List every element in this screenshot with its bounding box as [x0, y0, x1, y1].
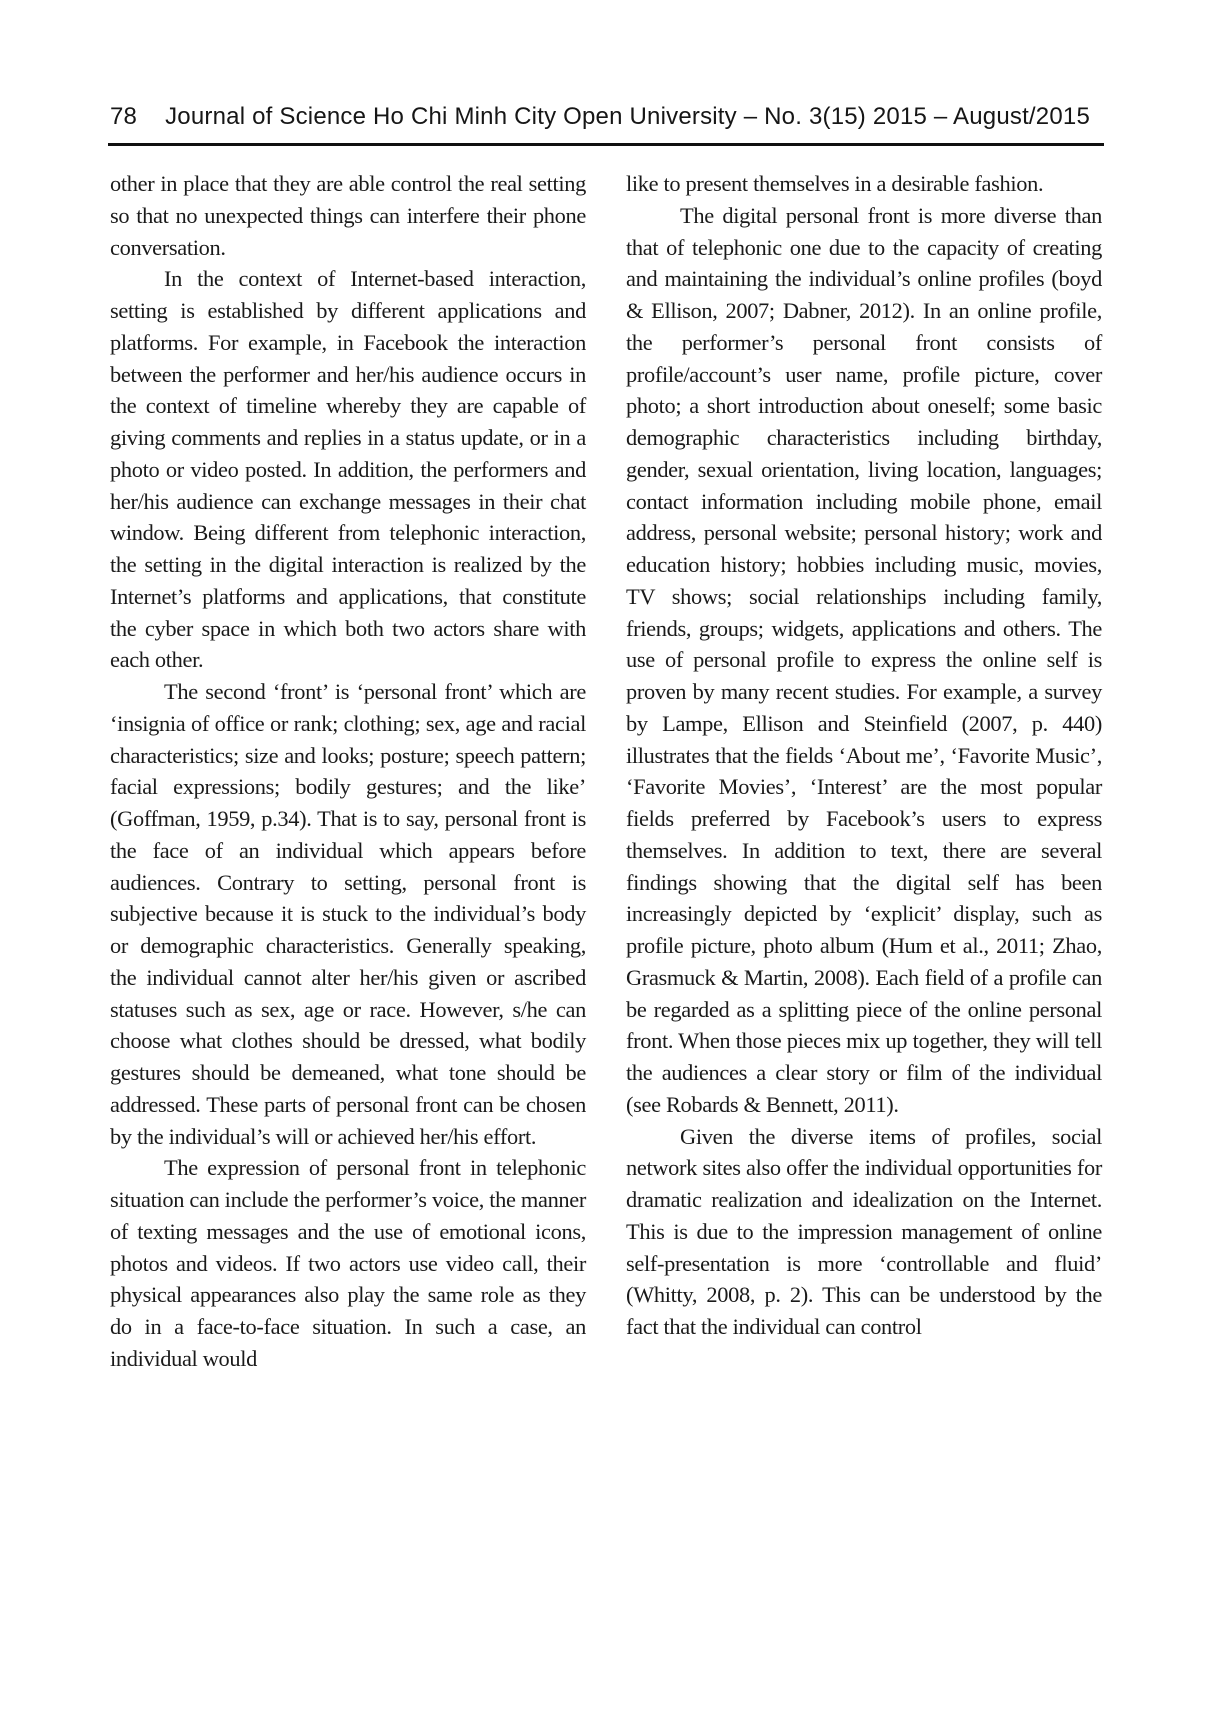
running-head: 78 Journal of Science Ho Chi Minh City O… — [110, 103, 1102, 131]
paragraph: The digital personal front is more diver… — [626, 200, 1102, 1121]
paragraph-continued: like to present themselves in a desirabl… — [626, 168, 1102, 200]
paragraph-continued: other in place that they are able contro… — [110, 168, 586, 263]
paragraph: Given the diverse items of profiles, soc… — [626, 1121, 1102, 1343]
column-left: other in place that they are able contro… — [110, 168, 586, 1375]
article-body: other in place that they are able contro… — [110, 168, 1102, 1375]
column-right: like to present themselves in a desirabl… — [626, 168, 1102, 1375]
paragraph: In the context of Internet-based interac… — [110, 263, 586, 676]
journal-title: Journal of Science Ho Chi Minh City Open… — [165, 103, 1090, 131]
page-number: 78 — [110, 103, 137, 131]
paragraph: The second ‘front’ is ‘personal front’ w… — [110, 676, 586, 1152]
journal-page: 78 Journal of Science Ho Chi Minh City O… — [0, 0, 1210, 1712]
paragraph: The expression of personal front in tele… — [110, 1152, 586, 1374]
header-rule — [108, 143, 1104, 146]
